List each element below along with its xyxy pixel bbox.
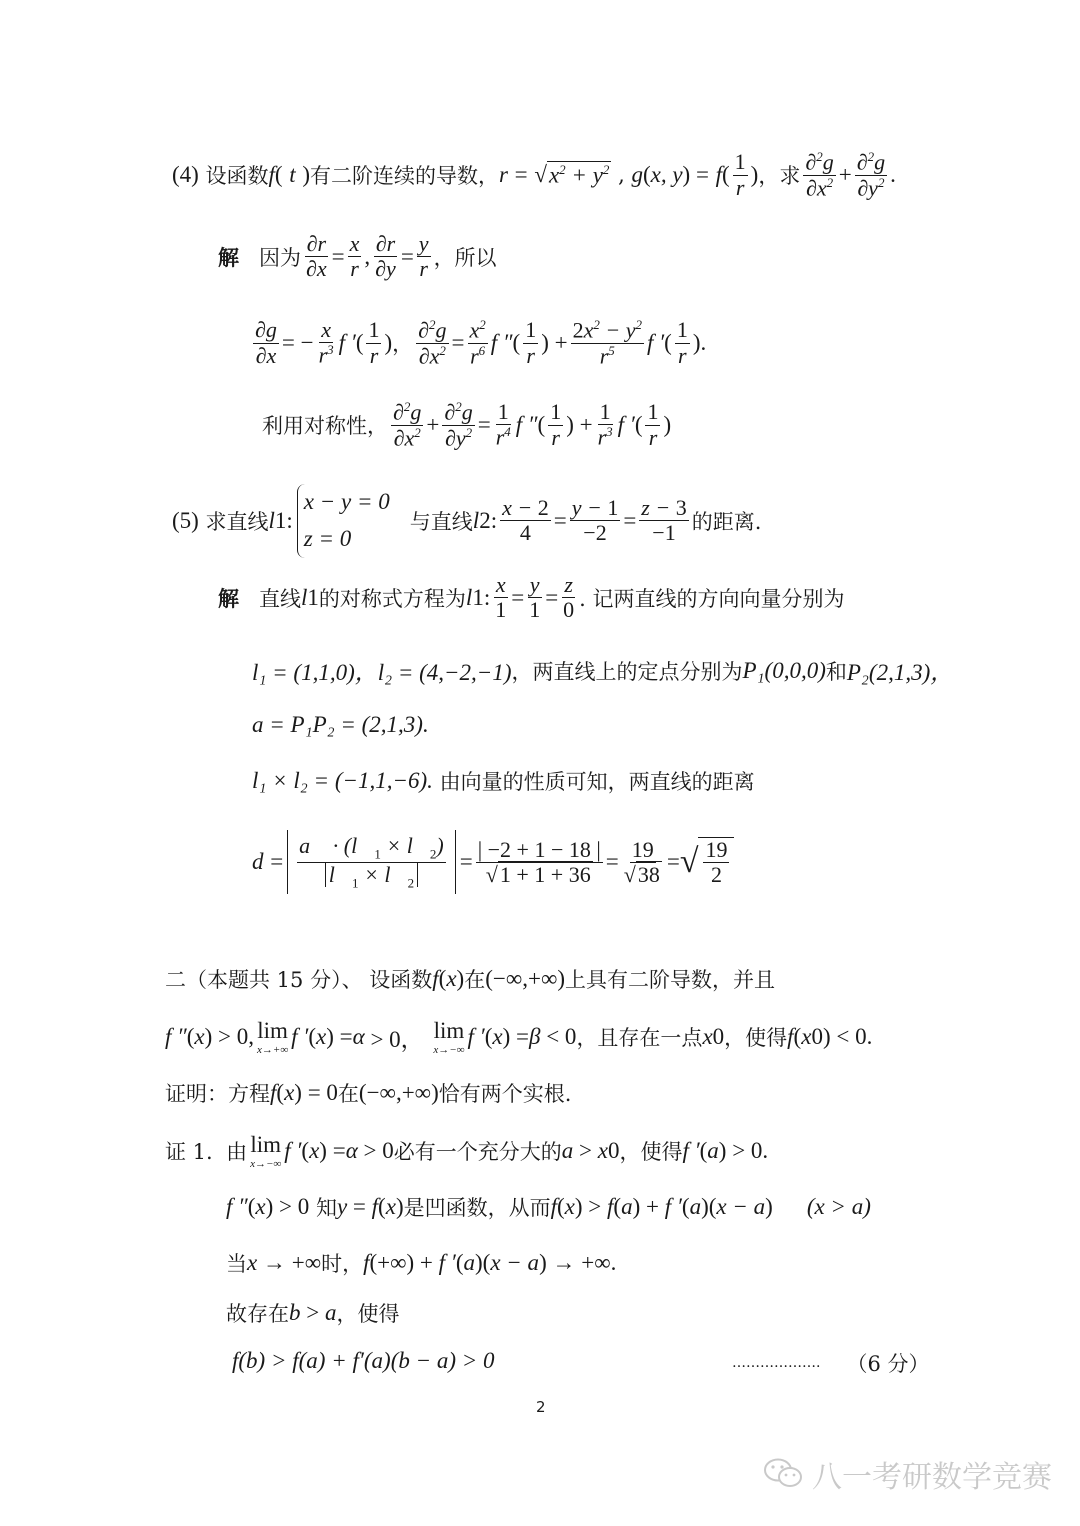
solution-4-step2: ∂g∂x= − xr3f ′( 1r)， ∂2g∂x2= x2r6f ″( 1r… [250,318,706,368]
solution-5-line3: a = P₁P₂ = (2,1,3). [252,712,429,738]
part2-heading: 二（本题共 15 分）、 设函数 f(x) 在 (−∞,+∞) 上具有二阶导数，… [165,964,775,994]
problem-label: (5) [172,508,199,534]
line-l1-system: x − y = 0 z = 0 [297,484,390,558]
solution-label: 解 [218,583,239,613]
score-label: （6 分） [846,1348,929,1378]
problem-label: (4) [172,162,199,188]
problem-5: (5) 求直线 l1: x − y = 0 z = 0 与直线 l2: x − … [172,484,761,558]
proof1-line1: 证 1. 由 limx→−∞ f ′(x) = α > 0 必有一个充分大的 a… [165,1132,768,1170]
solution-5-line4: l₁ × l₂ = (−1,1,−6). 由向量的性质可知，两直线的距离 [252,766,755,796]
solution-5-line2: l₁ = (1,1,0)，l₂ = (4,−2,−1) ，两直线上的定点分别为 … [252,654,953,687]
proof1-line4: 故存在 b > a ，使得 [226,1298,399,1328]
solution-4-step1: 解 因为 ∂r∂x= xr, ∂r∂y= yr ，所以 [218,232,497,281]
part2-prove: 证明：方程 f(x) = 0 在 (−∞,+∞) 恰有两个实根. [165,1078,571,1108]
page-number: 2 [536,1398,546,1416]
proof-label: 证 1. [165,1136,213,1166]
solution-4-step3: 利用对称性， ∂2g∂x2+ ∂2g∂y2= 1r4f ″( 1r) + 1r3… [262,400,671,450]
leader-dots: ………………. [732,1355,820,1371]
proof1-line3: 当 x → +∞ 时， f(+∞) + f ′(a)(x − a) → +∞. [226,1248,616,1278]
watermark-text: 八一考研数学竞赛 [812,1452,1052,1496]
problem-4: (4) 设函数 f( t ) 有二阶连续的导数， r = √x2 + y2 , … [172,150,896,200]
solution-label: 解 [218,242,239,272]
solution-5-line1: 解 直线 l1 的对称式方程为 l1: x1= y1= z0 . 记两直线的方向… [218,573,845,622]
solution-5-distance: d = a⃗ · (l⃗1 × l⃗2)l⃗1 × l⃗2 = | −2 + 1… [252,830,734,894]
proof1-score: ………………. （6 分） [732,1348,930,1378]
part2-conditions: f ″(x) > 0, limx→+∞ f ′(x) = α > 0， limx… [165,1018,872,1056]
proof1-line2: f ″(x) > 0 知 y = f(x) 是凹函数，从而 f(x) > f(a… [226,1192,871,1222]
watermark: 八一考研数学竞赛 [762,1452,1052,1496]
proof1-line5: f(b) > f(a) + f′(a)(b − a) > 0 [232,1348,495,1374]
wechat-icon [762,1456,806,1492]
